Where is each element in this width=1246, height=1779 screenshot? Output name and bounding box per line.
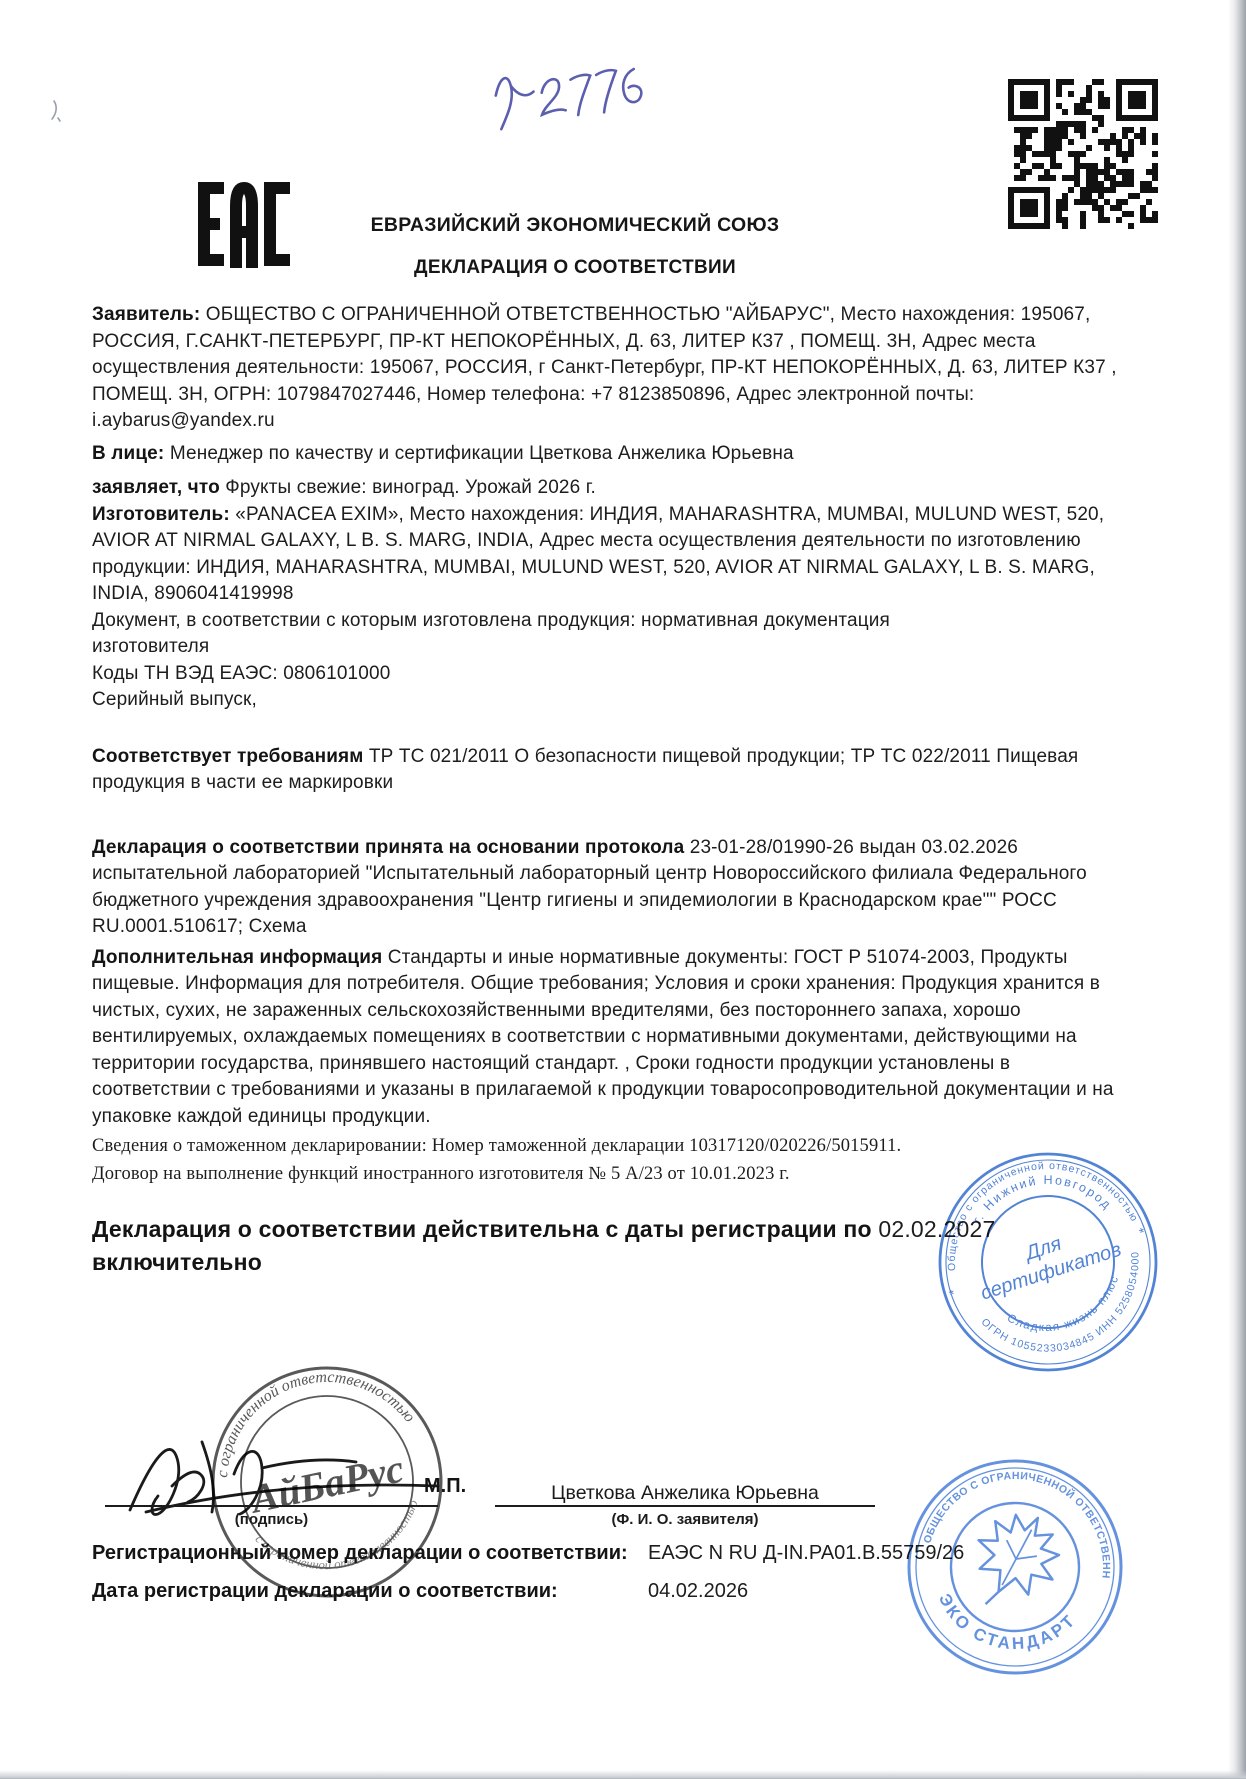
signature-caption: (подпись)	[105, 1511, 438, 1528]
text-segment: Менеджер по качеству и сертификации Цвет…	[170, 443, 794, 464]
text-segment: заявляет, что	[92, 477, 225, 498]
text-segment: В лице:	[92, 443, 170, 464]
applicant-stamp: с ограниченной ответственностью с ограни…	[202, 1357, 452, 1607]
document-body: Заявитель: ОБЩЕСТВО С ОГРАНИЧЕННОЙ ОТВЕТ…	[92, 302, 1122, 1279]
text-segment: Фрукты свежие: виноград. Урожай 2026 г.	[225, 477, 596, 498]
registration-date-value: 04.02.2026	[648, 1580, 748, 1603]
text-segment: Заявитель:	[92, 304, 206, 325]
document-paragraph: Дополнительная информация Стандарты и ин…	[92, 945, 1122, 1131]
eco-stamp-ring-top: ОБЩЕСТВО С ОГРАНИЧЕННОЙ ОТВЕТСТВЕННОСТЬЮ	[895, 1447, 1129, 1580]
text-segment: Документ, в соответствии с которым изгот…	[92, 610, 890, 631]
declaration-page: ЕВРАЗИЙСКИЙ ЭКОНОМИЧЕСКИЙ СОЮЗ ДЕКЛАРАЦИ…	[0, 0, 1246, 1779]
text-segment: изготовителя	[92, 636, 209, 657]
signature-line	[105, 1505, 438, 1507]
cert-stamp-star-left: *	[947, 1286, 958, 1303]
text-segment: Дополнительная информация	[92, 947, 388, 968]
applicant-name-caption: (Ф. И. О. заявителя)	[495, 1511, 875, 1528]
text-segment: Изготовитель:	[92, 504, 235, 525]
text-segment: «PANACEA EXIM», Место нахождения: ИНДИЯ,…	[92, 504, 1104, 605]
registration-date-label: Дата регистрации декларации о соответств…	[92, 1580, 558, 1603]
scan-edge-bottom	[0, 1770, 1246, 1779]
pencil-mark	[46, 98, 68, 124]
handwritten-mark	[468, 48, 668, 140]
text-segment: Декларация о соответствии принята на осн…	[92, 837, 690, 858]
eco-stamp: ОБЩЕСТВО С ОГРАНИЧЕННОЙ ОТВЕТСТВЕННОСТЬЮ…	[895, 1447, 1135, 1687]
document-paragraph: Серийный выпуск,	[92, 687, 1122, 714]
text-segment: Соответствует требованиям	[92, 746, 369, 767]
applicant-name: Цветкова Анжелика Юрьевна	[495, 1482, 875, 1505]
cert-stamp: Общество с ограниченной ответственностью…	[928, 1142, 1168, 1382]
text-segment: Декларация о соответствии действительна …	[92, 1216, 878, 1242]
text-segment: ОБЩЕСТВО С ОГРАНИЧЕННОЙ ОТВЕТСТВЕННОСТЬЮ…	[92, 304, 1117, 431]
document-paragraph: Декларация о соответствии принята на осн…	[92, 835, 1122, 941]
text-segment: включительно	[92, 1249, 262, 1275]
applicant-name-line	[495, 1505, 875, 1507]
document-paragraph: Заявитель: ОБЩЕСТВО С ОГРАНИЧЕННОЙ ОТВЕТ…	[92, 302, 1122, 435]
document-paragraph: Изготовитель: «PANACEA EXIM», Место нахо…	[92, 502, 1122, 608]
document-paragraph: заявляет, что Фрукты свежие: виноград. У…	[92, 475, 1122, 502]
text-segment: Сведения о таможенном декларировании: Но…	[92, 1136, 901, 1156]
text-segment: Коды ТН ВЭД ЕАЭС: 0806101000	[92, 663, 390, 684]
declaration-title: ДЕКЛАРАЦИЯ О СООТВЕТСТВИИ	[285, 257, 865, 279]
svg-text:ОБЩЕСТВО С ОГРАНИЧЕННОЙ ОТВЕТС: ОБЩЕСТВО С ОГРАНИЧЕННОЙ ОТВЕТСТВЕННОСТЬЮ	[895, 1447, 1129, 1580]
qr-code	[1008, 79, 1158, 229]
document-paragraph: Коды ТН ВЭД ЕАЭС: 0806101000	[92, 661, 1122, 688]
text-segment: Стандарты и иные нормативные документы: …	[92, 947, 1114, 1127]
document-paragraph: В лице: Менеджер по качеству и сертифика…	[92, 441, 1122, 468]
eac-logo	[196, 180, 292, 268]
scan-edge-right	[1228, 0, 1246, 1779]
cert-stamp-star-right: *	[1137, 1224, 1148, 1241]
document-paragraph: Документ, в соответствии с которым изгот…	[92, 608, 1122, 661]
text-segment: Договор на выполнение функций иностранно…	[92, 1164, 790, 1184]
text-segment: Серийный выпуск,	[92, 689, 257, 710]
union-title: ЕВРАЗИЙСКИЙ ЭКОНОМИЧЕСКИЙ СОЮЗ	[285, 214, 865, 237]
document-paragraph: Соответствует требованиям ТР ТС 021/2011…	[92, 744, 1122, 797]
registration-number-label: Регистрационный номер декларации о соотв…	[92, 1542, 628, 1565]
mp-label: М.П.	[424, 1475, 466, 1498]
